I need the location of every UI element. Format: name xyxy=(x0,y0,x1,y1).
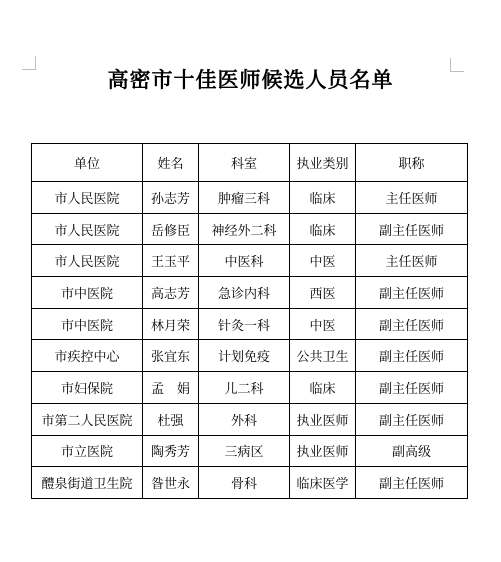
table-row: 市中医院高志芳急诊内科西医副主任医师 xyxy=(32,277,468,309)
table-cell: 市中医院 xyxy=(32,277,143,309)
table-cell: 市人民医院 xyxy=(32,182,143,214)
table-cell: 副主任医师 xyxy=(356,372,468,404)
table-cell: 副主任医师 xyxy=(356,340,468,372)
table-cell: 临床 xyxy=(290,182,356,214)
table-cell: 市中医院 xyxy=(32,308,143,340)
table-row: 市第二人民医院杜强外科执业医师副主任医师 xyxy=(32,403,468,435)
table-cell: 副主任医师 xyxy=(356,308,468,340)
table-cell: 肿瘤三科 xyxy=(199,182,290,214)
column-header-department: 科室 xyxy=(199,144,290,182)
table-cell: 儿二科 xyxy=(199,372,290,404)
table-cell: 孟 娟 xyxy=(143,372,199,404)
table-row: 市疾控中心张宜东计划免疫公共卫生副主任医师 xyxy=(32,340,468,372)
document-title: 高密市十佳医师候选人员名单 xyxy=(0,67,501,94)
table-cell: 临床 xyxy=(290,372,356,404)
table-cell: 外科 xyxy=(199,403,290,435)
table-cell: 副主任医师 xyxy=(356,403,468,435)
table-cell: 计划免疫 xyxy=(199,340,290,372)
table-cell: 针灸一科 xyxy=(199,308,290,340)
table-cell: 醴泉街道卫生院 xyxy=(32,467,143,499)
table-cell: 市第二人民医院 xyxy=(32,403,143,435)
table-cell: 副主任医师 xyxy=(356,213,468,245)
table-cell: 中医科 xyxy=(199,245,290,277)
table-row: 市人民医院孙志芳肿瘤三科临床主任医师 xyxy=(32,182,468,214)
table-row: 市中医院林月荣针灸一科中医副主任医师 xyxy=(32,308,468,340)
table-cell: 岳修臣 xyxy=(143,213,199,245)
table-cell: 骨科 xyxy=(199,467,290,499)
column-header-title: 职称 xyxy=(356,144,468,182)
candidates-table: 单位 姓名 科室 执业类别 职称 市人民医院孙志芳肿瘤三科临床主任医师市人民医院… xyxy=(31,143,468,499)
table-cell: 昝世永 xyxy=(143,467,199,499)
table-row: 市立医院陶秀芳三病区执业医师副高级 xyxy=(32,435,468,467)
table-cell: 主任医师 xyxy=(356,182,468,214)
table-cell: 副主任医师 xyxy=(356,467,468,499)
column-header-name: 姓名 xyxy=(143,144,199,182)
table-cell: 执业医师 xyxy=(290,435,356,467)
table-cell: 陶秀芳 xyxy=(143,435,199,467)
table-cell: 市人民医院 xyxy=(32,213,143,245)
table-cell: 临床 xyxy=(290,213,356,245)
table-cell: 西医 xyxy=(290,277,356,309)
table-row: 市妇保院孟 娟儿二科临床副主任医师 xyxy=(32,372,468,404)
table-cell: 急诊内科 xyxy=(199,277,290,309)
table-cell: 市疾控中心 xyxy=(32,340,143,372)
table-cell: 三病区 xyxy=(199,435,290,467)
table-cell: 神经外二科 xyxy=(199,213,290,245)
table-cell: 副主任医师 xyxy=(356,277,468,309)
table-row: 市人民医院王玉平中医科中医主任医师 xyxy=(32,245,468,277)
table-cell: 孙志芳 xyxy=(143,182,199,214)
table-body: 市人民医院孙志芳肿瘤三科临床主任医师市人民医院岳修臣神经外二科临床副主任医师市人… xyxy=(32,182,468,499)
table-header-row: 单位 姓名 科室 执业类别 职称 xyxy=(32,144,468,182)
table-row: 市人民医院岳修臣神经外二科临床副主任医师 xyxy=(32,213,468,245)
table-cell: 中医 xyxy=(290,308,356,340)
table-cell: 市立医院 xyxy=(32,435,143,467)
table-row: 醴泉街道卫生院昝世永骨科临床医学副主任医师 xyxy=(32,467,468,499)
table-cell: 高志芳 xyxy=(143,277,199,309)
column-header-practice-category: 执业类别 xyxy=(290,144,356,182)
column-header-unit: 单位 xyxy=(32,144,143,182)
table-cell: 副高级 xyxy=(356,435,468,467)
table-cell: 王玉平 xyxy=(143,245,199,277)
table-cell: 林月荣 xyxy=(143,308,199,340)
document-page: 高密市十佳医师候选人员名单 单位 姓名 科室 执业类别 职称 市人民医院孙志芳肿… xyxy=(0,0,501,562)
table-cell: 主任医师 xyxy=(356,245,468,277)
table-cell: 执业医师 xyxy=(290,403,356,435)
table-cell: 张宜东 xyxy=(143,340,199,372)
table-cell: 市妇保院 xyxy=(32,372,143,404)
table-cell: 中医 xyxy=(290,245,356,277)
table-cell: 公共卫生 xyxy=(290,340,356,372)
table-cell: 杜强 xyxy=(143,403,199,435)
table-cell: 临床医学 xyxy=(290,467,356,499)
table-cell: 市人民医院 xyxy=(32,245,143,277)
